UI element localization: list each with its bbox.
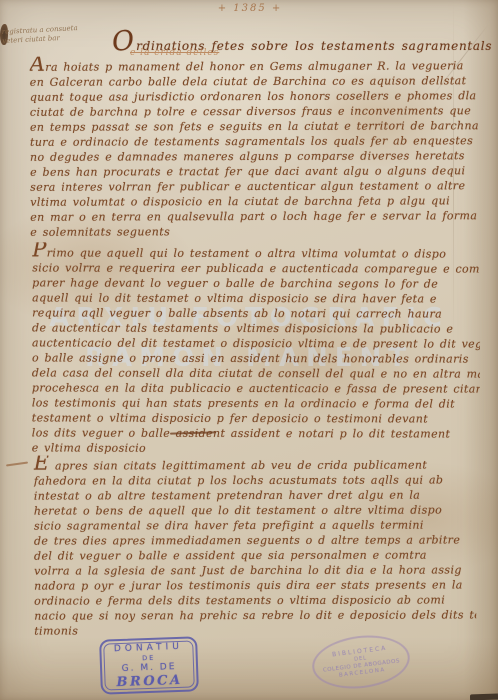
donation-stamp-line1: DONATIU [114,641,183,653]
manuscript-line: auctenticacio del dit testamet o disposi… [32,335,480,351]
manuscript-line: timonis [34,622,476,638]
manuscript-line: sicio volrra e requerira eer publicada e… [32,260,480,276]
donation-stamp-border: DONATIU DE G. M. DE BROCA [103,640,195,690]
manuscript-line: volrra a la sglesia de sant Just de barc… [34,562,476,578]
donation-stamp: DONATIU DE G. M. DE BROCA [99,636,199,694]
manuscript-line: en Galceran carbo balle dela ciutat de B… [30,73,478,90]
manuscript-line: e bens han procurats e tractat fer que d… [30,163,478,180]
manuscript-line: fahedora en la dita ciutat p los lochs a… [34,472,476,488]
manuscript-line: en temps passat se son fets e seguits en… [30,118,478,135]
manuscript-line: los dits veguer o balle assident assiden… [32,425,480,441]
manuscript-line: requira aqll veguer o balle absents ab l… [32,305,480,321]
manuscript-line: nacio que si noy seran ha prehic sa rebr… [34,607,476,623]
manuscript-line: Ara hoiats p manament del honor en Gems … [30,55,478,75]
manuscript-line: ordinacio e ferma dels dits testaments o… [34,592,476,608]
manuscript-line: o balle assigne o prone assi en assident… [32,350,480,366]
manuscript-line: dela casa del consell dla dita ciutat de… [32,365,480,381]
manuscript-line: los testimonis qui han stats presents en… [32,395,480,411]
manuscript-line: tura e ordinacio de testaments sagrament… [30,133,478,150]
donation-stamp-line4: BROCA [116,672,183,689]
manuscript-line: intestat o ab altre testament pretendran… [34,487,476,503]
paragraph-second-ordinance: E apres sian citats legittimament ab veu… [34,454,476,638]
manuscript-line: de auctenticar tals testaments o vltimes… [32,320,480,336]
paragraph-first-ordinance: Primo que aquell qui lo testament o altr… [32,242,481,456]
manuscript-line: Primo que aquell qui lo testament o altr… [32,242,480,261]
manuscript-line: heretat o bens de aquell que lo dit test… [34,502,476,518]
donation-stamp-line3: G. M. DE [122,662,177,674]
margin-note: registratu a consueta veteri ciutat bar [2,24,81,45]
library-stamp: BIBLIOTECA DEL COLEGIO DE ABOGADOS BARCE… [309,630,413,694]
manuscript-line: E apres sian citats legittimament ab veu… [34,454,476,473]
manuscript-line: e solemnitats seguents [30,223,478,240]
paragraph-preamble: Ara hoiats p manament del honor en Gems … [30,55,479,240]
manuscript-line: sicio sagramental se dira haver feta pre… [34,517,476,533]
manuscript-line: procehesca en la dita publicacio e aucte… [32,380,480,396]
corner-dark-mark [470,694,498,700]
manuscript-line: testament o vltima disposicio p fer depo… [32,410,480,426]
manuscript-line: aquell qui lo dit testamet o vltima disp… [32,290,480,306]
manuscript-page: ARXIU FOTOGRAFIC RAMON MANENT + 1385 + r… [0,0,498,700]
manuscript-line: quant toque asa jurisdictio ordonaren lo… [30,88,478,105]
manuscript-line: no degudes e damnades maneres alguns p c… [30,148,478,165]
manuscript-line: sera interes volrran fer publicar e auct… [30,178,478,195]
donation-stamp-line2: DE [142,653,155,661]
manuscript-line: de tres dies apres immediadamen seguents… [34,532,476,548]
manuscript-line: del dit veguer o balle e assident que si… [34,547,476,563]
manuscript-line: vltima volumtat o disposicio en la ciuta… [30,193,478,210]
manuscript-line: parer hage devant lo veguer o balle de b… [32,275,480,291]
margin-flourish [6,461,28,466]
folio-annotation: + 1385 + [175,3,325,14]
manuscript-line: ciutat de barchna p tolre e cessar diver… [30,103,478,120]
manuscript-line: nadora p oyr e jurar los testimonis quis… [34,577,476,593]
manuscript-line: en mar o en terra en qualsevulla part o … [30,208,478,225]
